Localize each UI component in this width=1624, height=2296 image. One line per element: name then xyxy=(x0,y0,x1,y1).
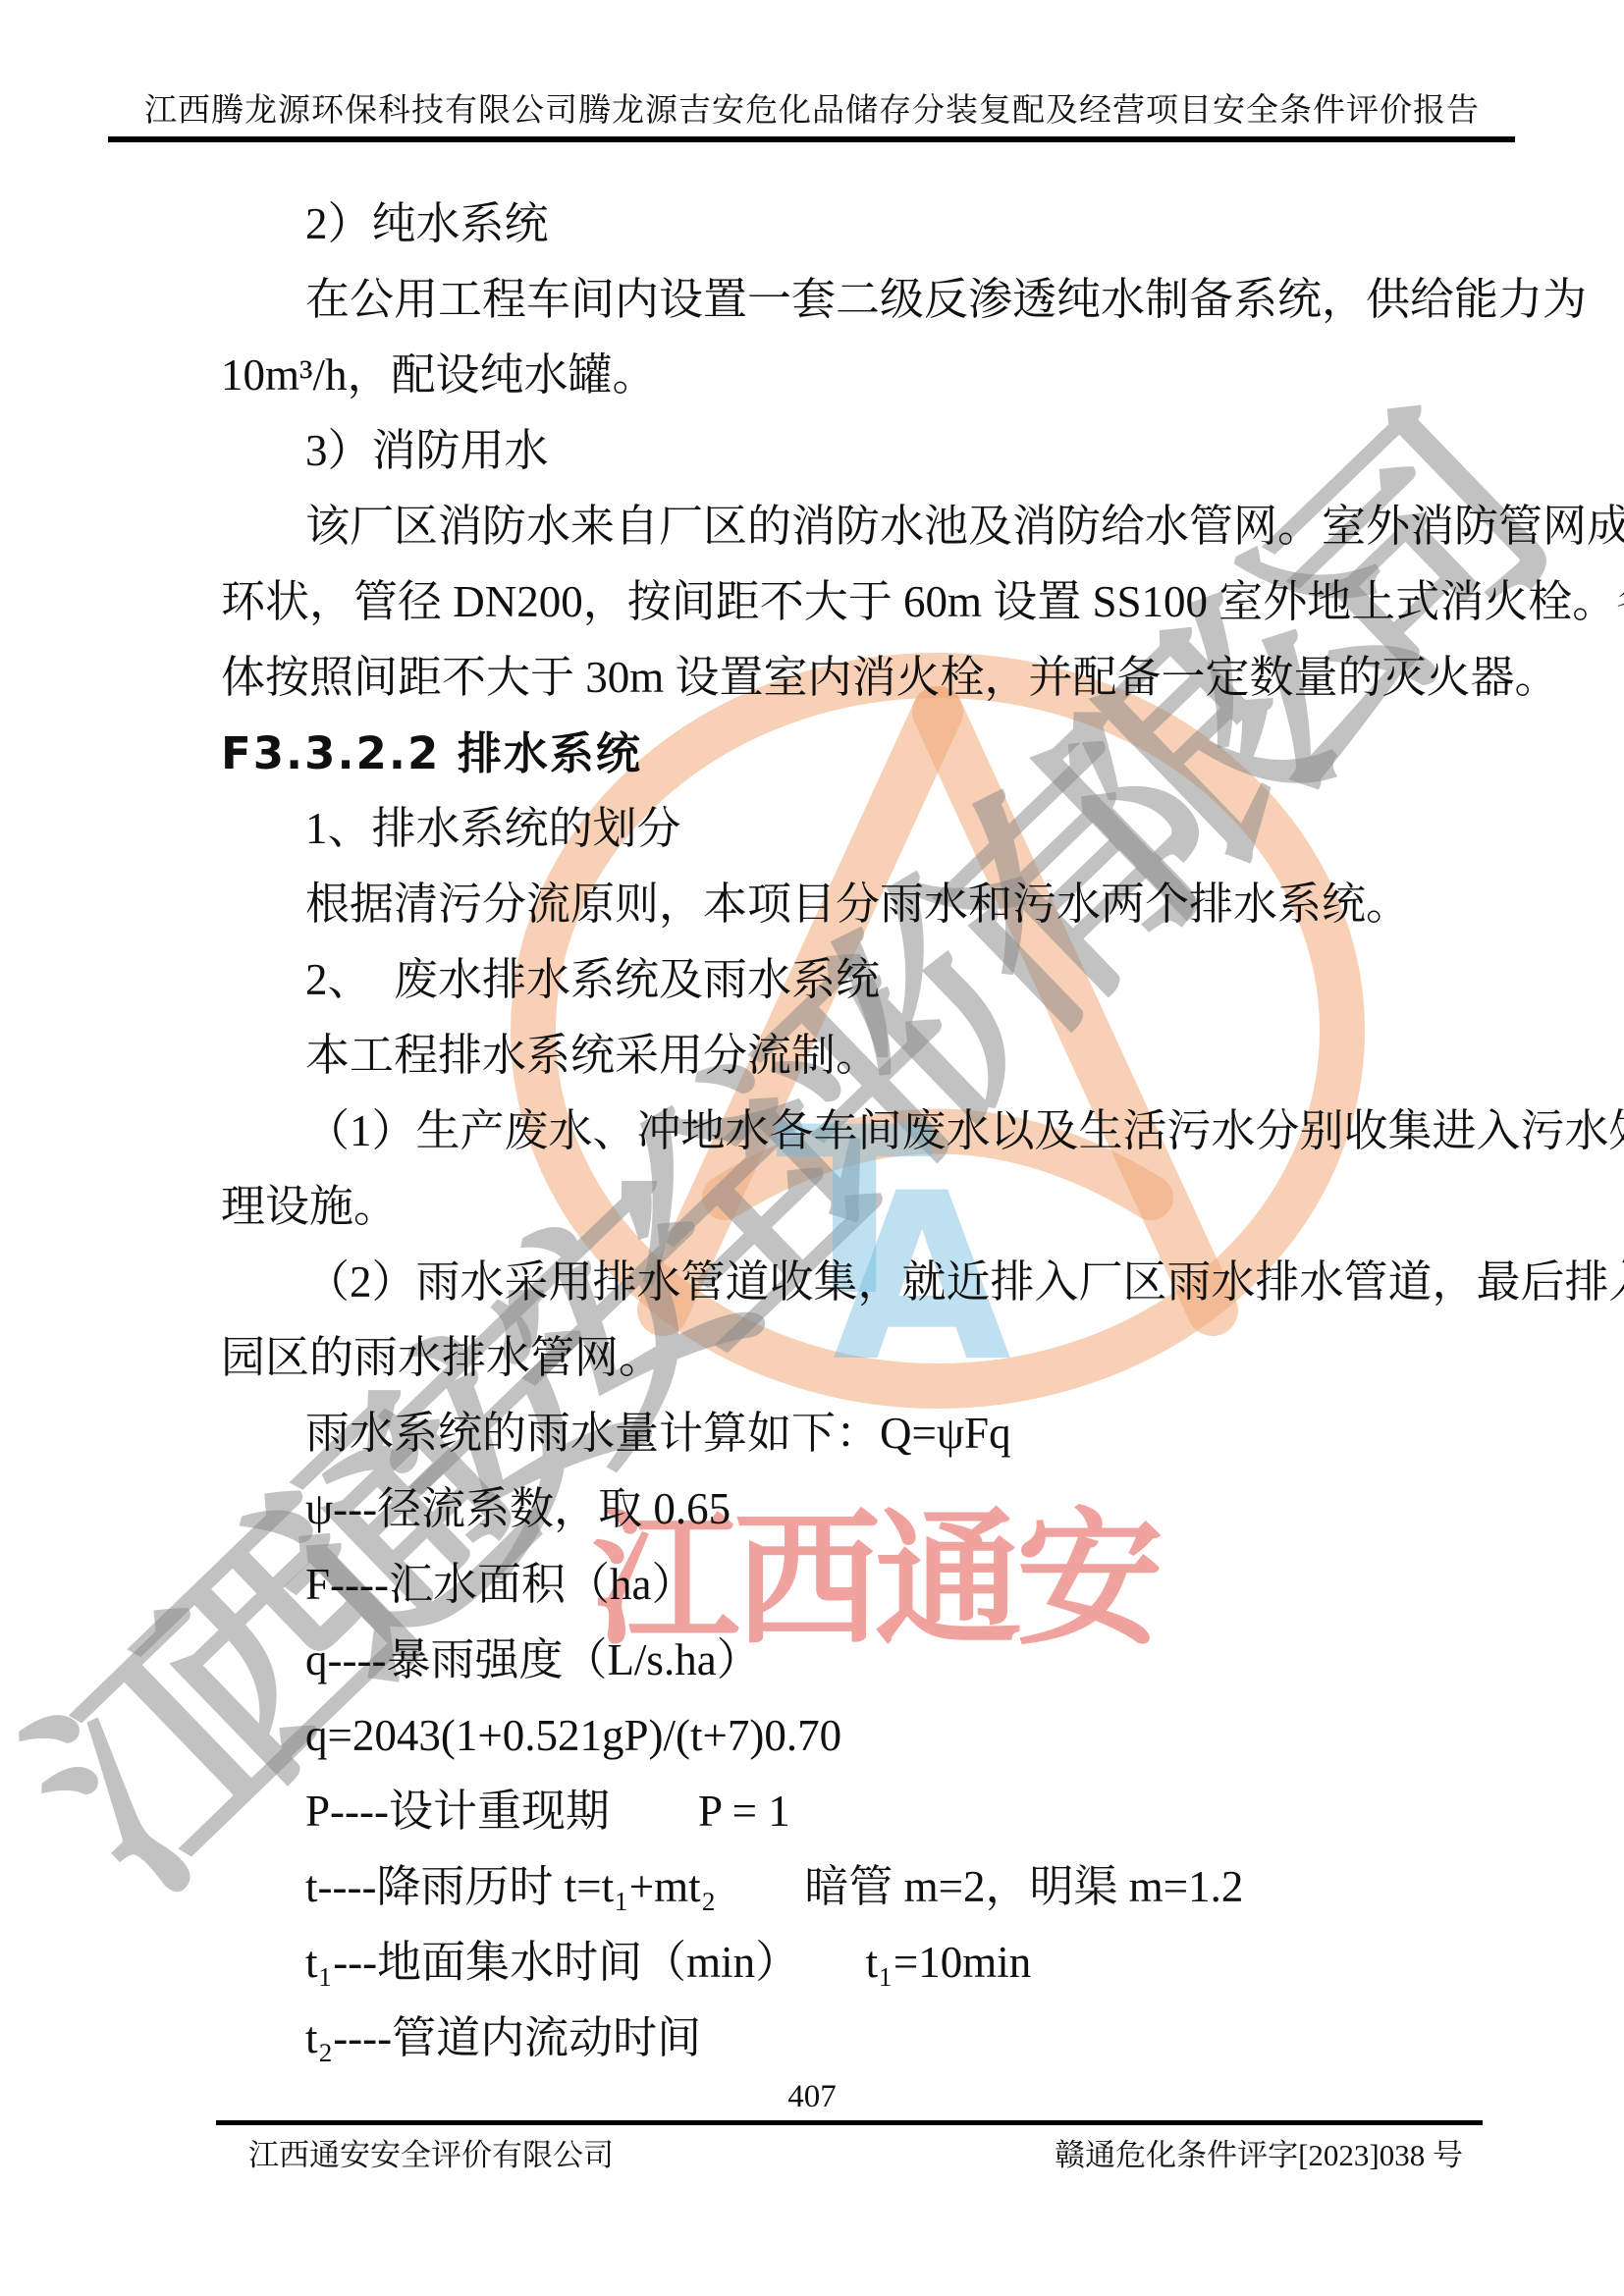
body-line: 园区的雨水排水管网。 xyxy=(221,1320,1512,1396)
body-line: t₁---地面集水时间（min） t₁=10min xyxy=(221,1925,1512,2001)
body-line: q----暴雨强度（L/s.ha） xyxy=(221,1623,1512,1698)
body-line: F3.3.2.2 排水系统 xyxy=(221,716,1512,791)
header-title: 江西腾龙源环保科技有限公司腾龙源吉安危化品储存分装复配及经营项目安全条件评价报告 xyxy=(0,84,1624,131)
body-line: 在公用工程车间内设置一套二级反渗透纯水制备系统，供给能力为 xyxy=(221,262,1512,338)
body-line: （1）生产废水、冲地水各车间废水以及生活污水分别收集进入污水处 xyxy=(221,1094,1512,1169)
body-line: P----设计重现期 P = 1 xyxy=(221,1774,1512,1849)
body-line: 2）纯水系统 xyxy=(221,187,1512,262)
body-line: 3）消防用水 xyxy=(221,413,1512,489)
body-line: 10m³/h，配设纯水罐。 xyxy=(221,338,1512,413)
body-line: F----汇水面积（ha） xyxy=(221,1547,1512,1623)
body-line: 体按照间距不大于 30m 设置室内消火栓，并配备一定数量的灭火器。 xyxy=(221,640,1512,716)
footer-company: 江西通安安全评价有限公司 xyxy=(248,2130,614,2174)
body-line: 理设施。 xyxy=(221,1169,1512,1245)
body-line: 该厂区消防水来自厂区的消防水池及消防给水管网。室外消防管网成 xyxy=(221,489,1512,564)
footer-page-number: 407 xyxy=(0,2079,1624,2115)
body-line: t₂----管道内流动时间 xyxy=(221,2001,1512,2076)
document-page: 江西通安安全评价有限公司 T A 江西通安 江西腾龙源环保科技有限公司腾龙源吉安… xyxy=(0,0,1624,2296)
header-rule xyxy=(108,136,1515,142)
footer-doc-number: 赣通危化条件评字[2023]038 号 xyxy=(1055,2130,1463,2174)
document-body: 2）纯水系统在公用工程车间内设置一套二级反渗透纯水制备系统，供给能力为10m³/… xyxy=(221,187,1512,2076)
body-line: 本工程排水系统采用分流制。 xyxy=(221,1018,1512,1094)
footer-rule xyxy=(216,2120,1483,2125)
body-line: 雨水系统的雨水量计算如下：Q=ψFq xyxy=(221,1396,1512,1471)
body-line: t----降雨历时 t=t₁+mt₂ 暗管 m=2，明渠 m=1.2 xyxy=(221,1849,1512,1925)
body-line: （2）雨水采用排水管道收集，就近排入厂区雨水排水管道，最后排入 xyxy=(221,1245,1512,1320)
body-line: 2、 废水排水系统及雨水系统 xyxy=(221,942,1512,1018)
body-line: q=2043(1+0.521gP)/(t+7)0.70 xyxy=(221,1698,1512,1774)
body-line: ψ---径流系数，取 0.65 xyxy=(221,1471,1512,1547)
body-line: 根据清污分流原则，本项目分雨水和污水两个排水系统。 xyxy=(221,867,1512,942)
body-line: 1、排水系统的划分 xyxy=(221,791,1512,867)
content-layer: 江西腾龙源环保科技有限公司腾龙源吉安危化品储存分装复配及经营项目安全条件评价报告… xyxy=(0,0,1624,2296)
body-line: 环状，管径 DN200，按间距不大于 60m 设置 SS100 室外地上式消火栓… xyxy=(221,564,1512,640)
